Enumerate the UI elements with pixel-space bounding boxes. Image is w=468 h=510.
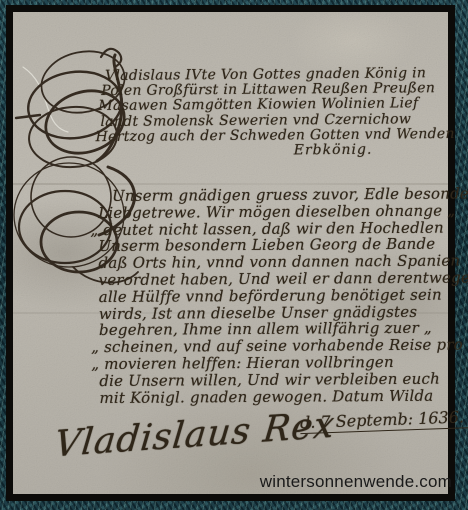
marbled-frame: Vladislaus IVte Von Gottes gnaden König … bbox=[0, 0, 468, 510]
royal-signature: Vladislaus Rex bbox=[53, 404, 337, 465]
royal-title-heading: Vladislaus IVte Von Gottes gnaden König … bbox=[105, 66, 455, 160]
black-mat-border: Vladislaus IVte Von Gottes gnaden König … bbox=[6, 5, 455, 501]
letter-body: Unserm gnädigen gruess zuvor, Edle beson… bbox=[98, 185, 468, 406]
manuscript-paper: Vladislaus IVte Von Gottes gnaden König … bbox=[13, 12, 448, 494]
watermark: wintersonnenwende.com bbox=[260, 472, 452, 492]
heading-line: Erbkönig. bbox=[294, 142, 455, 159]
body-line: mit Königl. gnaden gewogen. Datum Wilda bbox=[99, 387, 468, 407]
heading-line: Hertzog auch der Schweden Gotten vnd Wen… bbox=[96, 127, 455, 145]
